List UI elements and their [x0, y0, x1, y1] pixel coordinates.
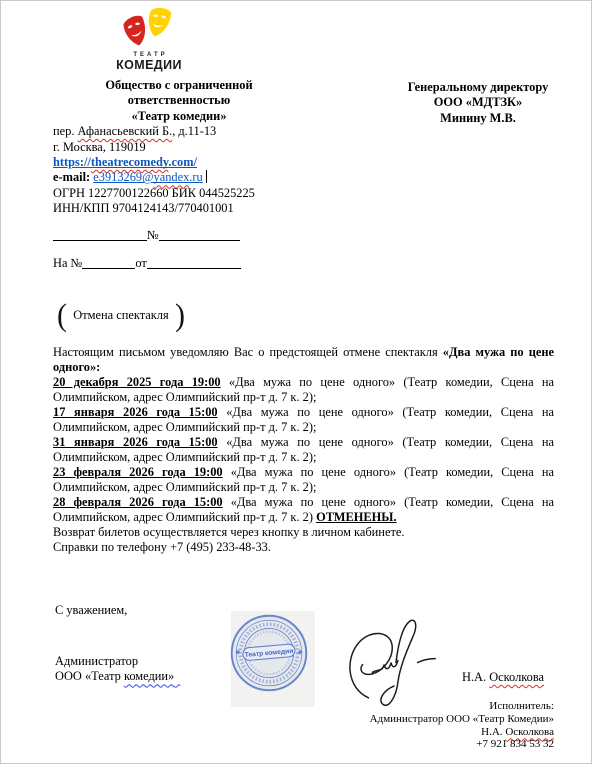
- number-sign: №: [147, 228, 159, 242]
- email-label: e-mail:: [53, 170, 93, 184]
- signer-initials: Н.А.: [462, 670, 489, 684]
- event-item: 31 января 2026 года 15:00 «Два мужа по ц…: [53, 435, 554, 465]
- sender-block: Общество с ограниченной ответственностью…: [53, 78, 305, 217]
- official-stamp: Театр комедии: [228, 612, 310, 694]
- website-suffix: .com/: [168, 155, 197, 169]
- signer-org-line: ООО «Театр комедии»: [55, 669, 180, 684]
- executor-name-line: Н.А. Осколкова: [264, 726, 554, 739]
- text-cursor: [206, 170, 207, 183]
- executor-role-line: Администратор ООО «Театр Комедии»: [264, 713, 554, 726]
- event-item: 20 декабря 2025 года 19:00 «Два мужа по …: [53, 375, 554, 405]
- sender-website-line: https://theatrecomedy.com/: [53, 155, 305, 170]
- na-label: На №: [53, 256, 82, 270]
- refund-line: Возврат билетов осуществляется через кно…: [53, 525, 554, 540]
- event-datetime: 23 февраля 2026 года 19:00: [53, 465, 223, 479]
- executor-block: Исполнитель: Администратор ООО «Театр Ко…: [264, 700, 554, 751]
- signer-name: Н.А. Осколкова: [462, 670, 544, 685]
- sender-inn-line: ИНН/КПП 9704124143/770401001: [53, 201, 305, 216]
- regards-line: С уважением,: [55, 603, 127, 618]
- theater-logo: ТЕАТР КОМЕДИИ: [107, 6, 191, 72]
- email-suffix: .ru: [189, 170, 202, 184]
- subject-frame: ( Отмена спектакля ): [57, 298, 185, 334]
- sender-city-line: г. Москва, 119019: [53, 140, 305, 155]
- sender-org-line1: Общество с ограниченной ответственностью: [53, 78, 305, 109]
- event-item: 23 февраля 2026 года 19:00 «Два мужа по …: [53, 465, 554, 495]
- executor-initials: Н.А.: [481, 726, 505, 738]
- sender-street-line: пер. Афанасьевский Б., д.11-13: [53, 124, 305, 139]
- ot-label: от: [135, 256, 146, 270]
- event-datetime: 28 февраля 2026 года 15:00: [53, 495, 223, 509]
- street-prefix: пер.: [53, 124, 78, 138]
- email-prefix: e3913269@: [93, 170, 153, 184]
- theater-masks-icon: [123, 6, 175, 50]
- cancelled-status: ОТМЕНЕНЫ.: [316, 510, 397, 524]
- sender-email-line: e-mail: e3913269@yandex.ru: [53, 170, 305, 185]
- letter-body: Настоящим письмом уведомляю Вас о предст…: [53, 345, 554, 555]
- executor-surname: Осколкова: [505, 726, 554, 738]
- phone-line: Справки по телефону +7 (495) 233-48-33.: [53, 540, 554, 555]
- event-datetime: 17 января 2026 года 15:00: [53, 405, 218, 419]
- blank-reply-date-field: [147, 255, 241, 269]
- logo-bottom-text: КОМЕДИИ: [107, 58, 191, 72]
- event-item: 28 февраля 2026 года 15:00 «Два мужа по …: [53, 495, 554, 525]
- intro-text: Настоящим письмом уведомляю Вас о предст…: [53, 345, 443, 359]
- executor-phone: +7 921 834 53 32: [264, 738, 554, 751]
- letter-page: ТЕАТР КОМЕДИИ Общество с ограниченной от…: [0, 0, 592, 764]
- event-datetime: 20 декабря 2025 года 19:00: [53, 375, 221, 389]
- subject-text: Отмена спектакля: [73, 308, 168, 325]
- grammar-squiggle-tail: [174, 669, 180, 683]
- event-item: 17 января 2026 года 15:00 «Два мужа по ц…: [53, 405, 554, 435]
- subject-bracket-right: ): [175, 300, 185, 332]
- blank-number-field: [159, 227, 240, 241]
- signer-position: Администратор: [55, 654, 180, 669]
- sender-ogrn-line: ОГРН 1227700122660 БИК 044525225: [53, 186, 305, 201]
- blank-reply-number-field: [82, 255, 135, 269]
- recipient-line3: Минину М.В.: [399, 111, 557, 126]
- blank-date-field: [53, 227, 147, 241]
- signer-block: Администратор ООО «Театр комедии»: [55, 654, 180, 685]
- executor-label: Исполнитель:: [264, 700, 554, 713]
- intro-paragraph: Настоящим письмом уведомляю Вас о предст…: [53, 345, 554, 375]
- email-mid: yandex: [154, 170, 190, 184]
- website-prefix: https://: [53, 155, 91, 169]
- subject-bracket-left: (: [57, 300, 67, 332]
- reference-row-number: №: [53, 227, 240, 243]
- event-datetime: 31 января 2026 года 15:00: [53, 435, 218, 449]
- street-suffix: , д.11-13: [172, 124, 216, 138]
- street-name-misspelled: Афанасьевский Б.: [78, 124, 173, 138]
- recipient-line2: ООО «МДТЗК»: [399, 95, 557, 110]
- sender-org-line2: «Театр комедии»: [53, 109, 305, 124]
- signer-surname: Осколкова: [489, 670, 544, 684]
- signer-org-prefix: ООО «Театр: [55, 669, 124, 683]
- signer-org-grammar-flag: комедии»: [124, 669, 174, 683]
- recipient-line1: Генеральному директору: [399, 80, 557, 95]
- reference-row-reply: На №от: [53, 255, 241, 271]
- website-mid: theatrecomedy: [91, 155, 169, 169]
- website-link[interactable]: https://theatrecomedy.com/: [53, 155, 197, 169]
- recipient-block: Генеральному директору ООО «МДТЗК» Минин…: [399, 80, 557, 126]
- email-link[interactable]: e3913269@yandex.ru: [93, 170, 202, 184]
